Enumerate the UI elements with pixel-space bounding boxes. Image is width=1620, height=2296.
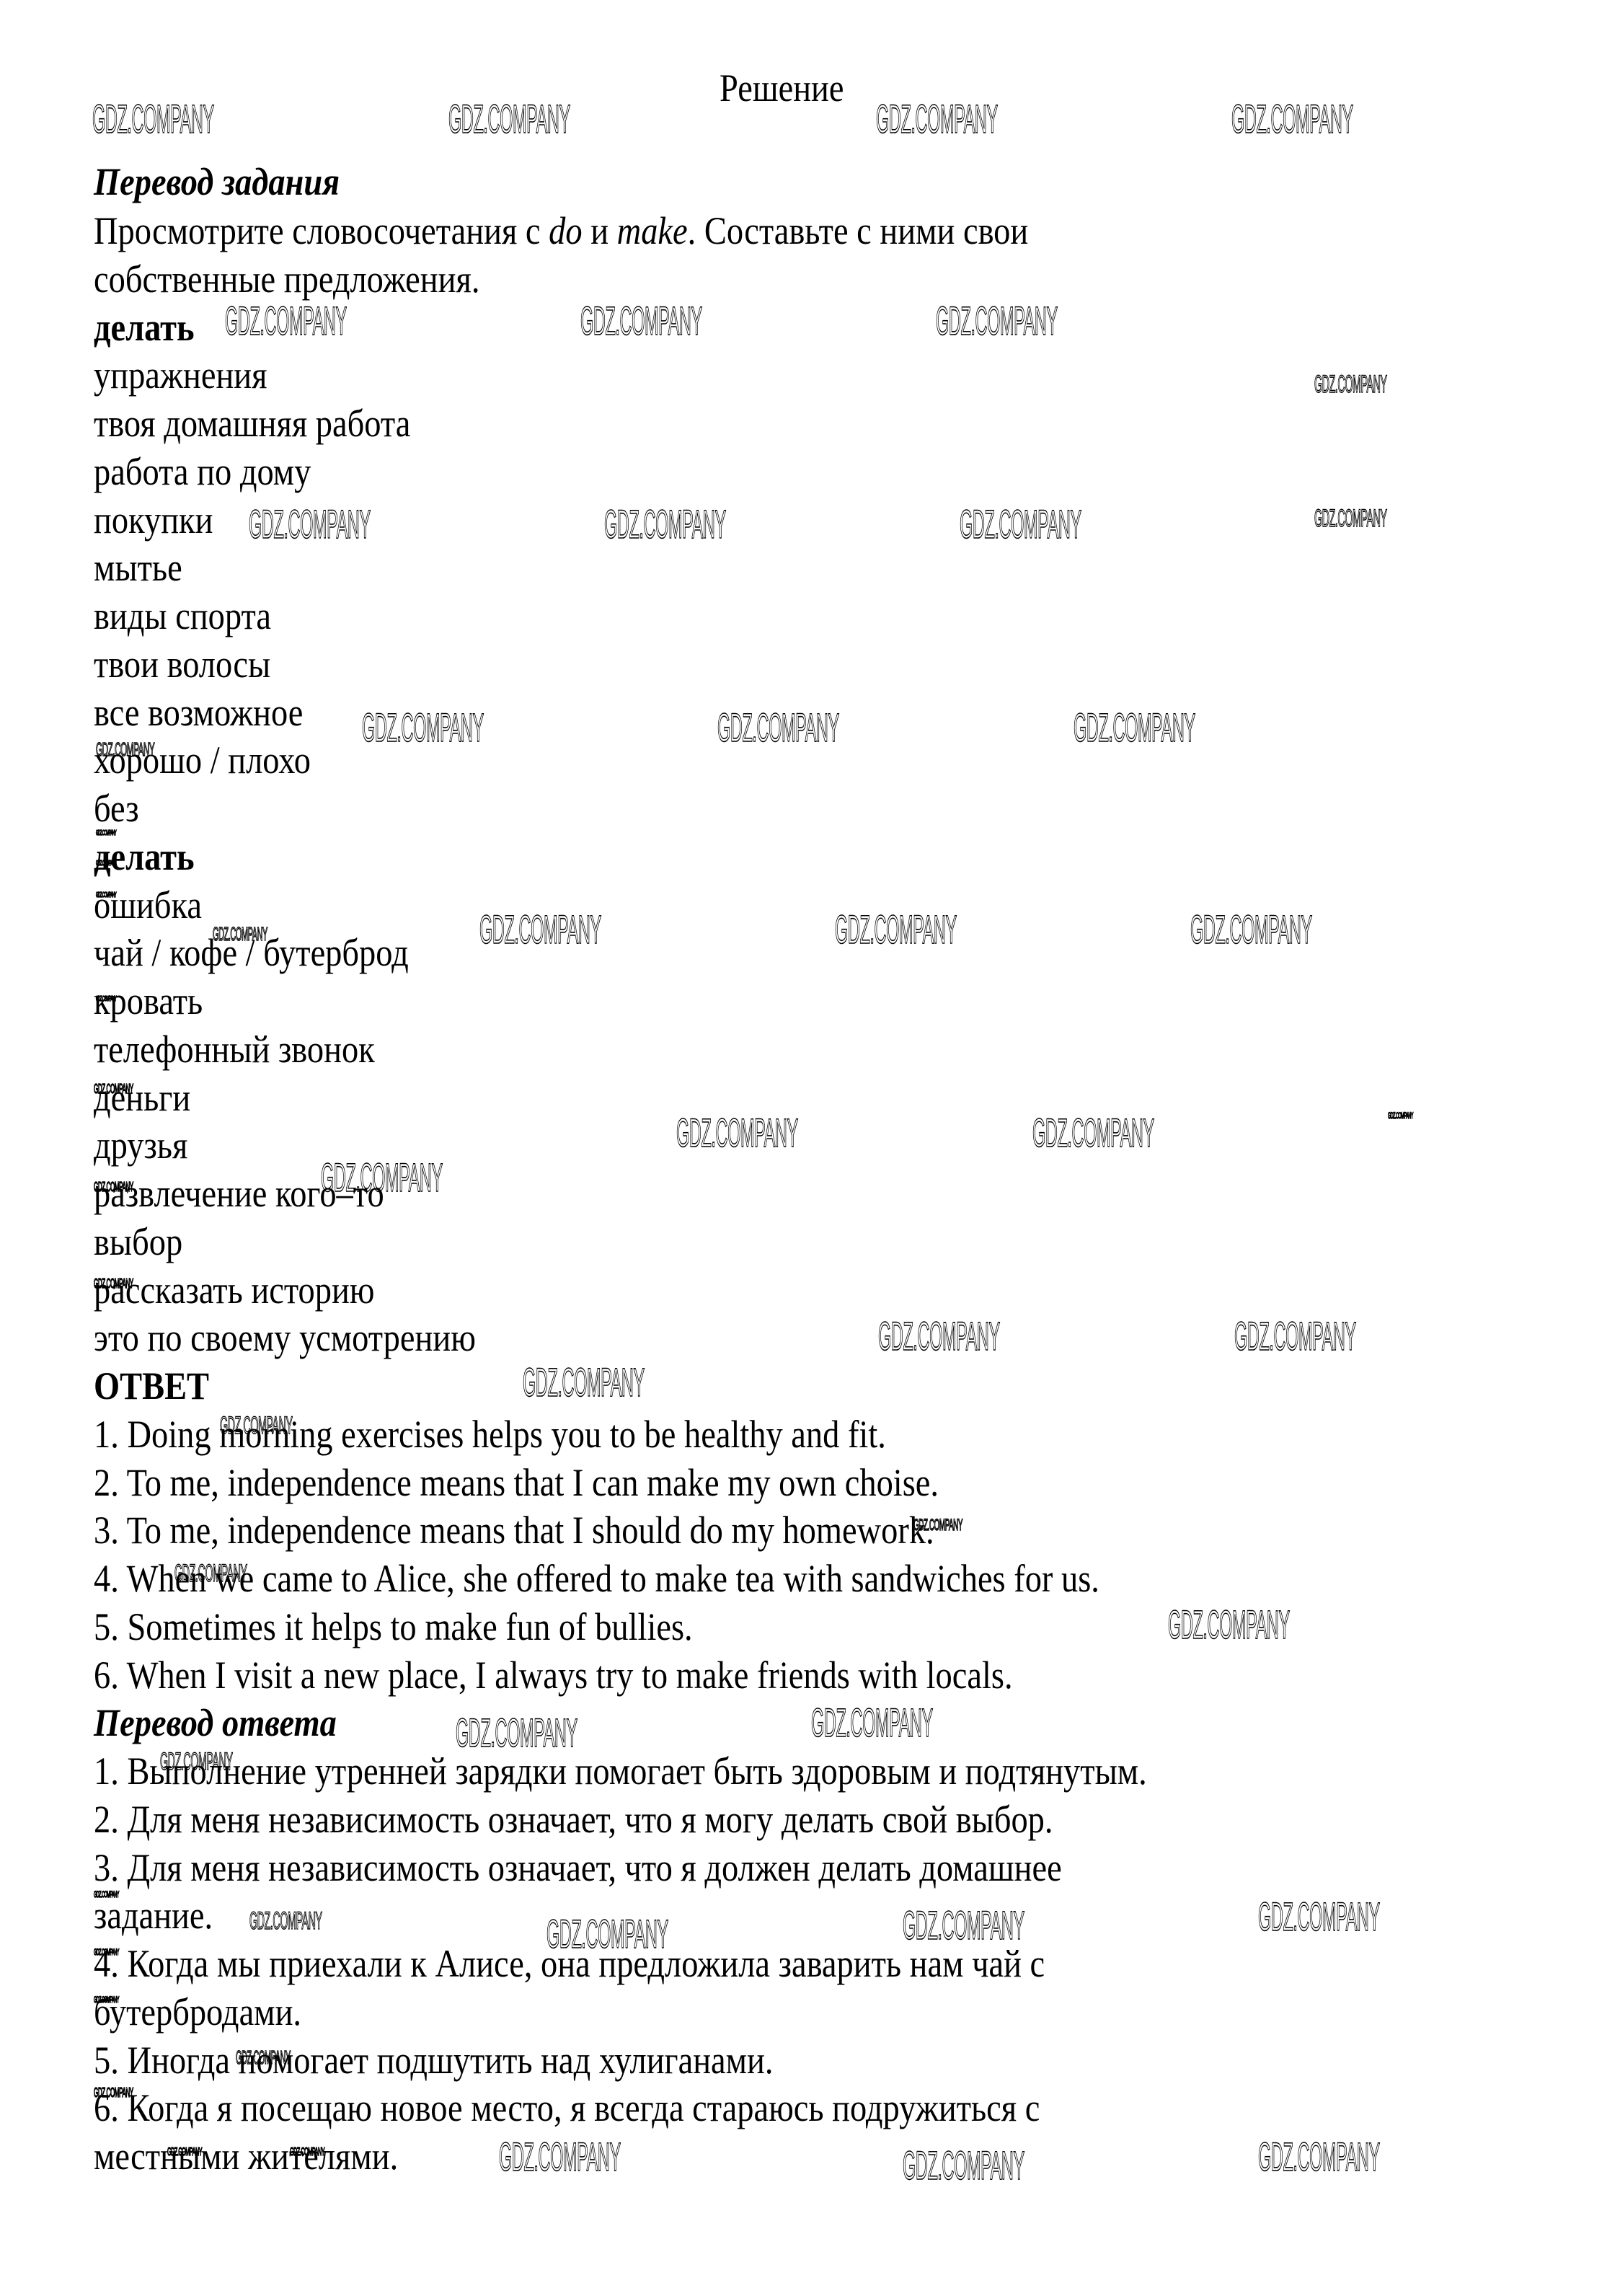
watermark: GDZ.COMPANY bbox=[913, 1516, 962, 1535]
answer-line: 2. To me, independence means that I can … bbox=[94, 1461, 939, 1504]
watermark: GDZ.COMPANY bbox=[903, 1902, 1024, 1948]
watermark: GDZ.COMPANY bbox=[903, 2142, 1024, 2189]
watermark: GDZ.COMPANY bbox=[96, 738, 154, 761]
answer-translation-line: 1. Выполнение утренней зарядки помогает … bbox=[94, 1749, 1147, 1793]
watermark: GDZ.COMPANY bbox=[523, 1359, 645, 1405]
watermark: GDZ.COMPANY bbox=[876, 95, 998, 142]
watermark: GDZ.COMPANY bbox=[1168, 1601, 1290, 1648]
watermark: GDZ.COMPANY bbox=[479, 906, 601, 953]
watermark: GDZ.COMPANY bbox=[220, 1412, 293, 1440]
answer-heading: ОТВЕТ bbox=[94, 1364, 209, 1408]
answer-translation-line: 5. Иногда помогает подшутить над хулиган… bbox=[94, 2039, 774, 2082]
make-item: телефонный звонок bbox=[94, 1028, 375, 1071]
watermark: GDZ.COMPANY bbox=[717, 704, 839, 751]
watermark: GDZ.COMPANY bbox=[94, 1947, 119, 1957]
document-page: Решение Перевод задания Просмотрите слов… bbox=[0, 0, 1620, 2296]
do-item: виды спорта bbox=[94, 594, 271, 637]
task-text-make: make bbox=[617, 209, 688, 252]
task-translation-heading: Перевод задания bbox=[94, 160, 340, 203]
watermark: GDZ.COMPANY bbox=[94, 1889, 119, 1899]
watermark: GDZ.COMPANY bbox=[811, 1699, 933, 1746]
answer-line: 1. Doing morning exercises helps you to … bbox=[94, 1413, 886, 1456]
watermark: GDZ.COMPANY bbox=[94, 1276, 133, 1291]
do-item: упражнения bbox=[94, 353, 267, 397]
watermark: GDZ.COMPANY bbox=[1190, 906, 1312, 953]
make-item: выбор bbox=[94, 1220, 182, 1263]
task-text-line-2: собственные предложения. bbox=[94, 257, 479, 301]
watermark: GDZ.COMPANY bbox=[835, 906, 957, 953]
do-item: работа по дому bbox=[94, 450, 311, 493]
watermark: GDZ.COMPANY bbox=[167, 2146, 202, 2159]
watermark: GDZ.COMPANY bbox=[92, 95, 214, 142]
watermark: GDZ.COMPANY bbox=[456, 1709, 577, 1756]
watermark: GDZ.COMPANY bbox=[1388, 1111, 1413, 1121]
task-text-do: do bbox=[549, 209, 582, 252]
make-item: это по своему усмотрению bbox=[94, 1316, 476, 1359]
task-text-part: Просмотрите словосочетания с bbox=[94, 209, 549, 252]
watermark: GDZ.COMPANY bbox=[1258, 2133, 1380, 2180]
answer-translation-line: 2. Для меня независимость означает, что … bbox=[94, 1798, 1053, 1841]
watermark: GDZ.COMPANY bbox=[1258, 1893, 1380, 1940]
watermark: GDZ.COMPANY bbox=[604, 500, 726, 547]
watermark: GDZ.COMPANY bbox=[96, 860, 116, 867]
watermark: GDZ.COMPANY bbox=[448, 95, 570, 142]
watermark: GDZ.COMPANY bbox=[249, 500, 371, 547]
answer-translation-line: бутербродами. bbox=[94, 1990, 301, 2034]
watermark: GDZ.COMPANY bbox=[1314, 371, 1387, 399]
answer-line: 6. When I visit a new place, I always tr… bbox=[94, 1653, 1013, 1697]
do-item: покупки bbox=[94, 498, 213, 542]
watermark: GDZ.COMPANY bbox=[96, 829, 116, 837]
watermark: GDZ.COMPANY bbox=[580, 297, 702, 344]
do-heading: делать bbox=[94, 306, 195, 349]
task-text-part: . Составьте с ними свои bbox=[688, 209, 1029, 252]
answer-translation-line: местными жителями. bbox=[94, 2134, 398, 2178]
watermark: GDZ.COMPANY bbox=[94, 1995, 119, 2005]
watermark: GDZ.COMPANY bbox=[213, 923, 267, 945]
watermark: GDZ.COMPANY bbox=[960, 500, 1081, 547]
watermark: GDZ.COMPANY bbox=[249, 1907, 322, 1935]
watermark: GDZ.COMPANY bbox=[936, 297, 1058, 344]
watermark: GDZ.COMPANY bbox=[160, 1748, 233, 1776]
watermark: GDZ.COMPANY bbox=[1314, 505, 1387, 533]
watermark: GDZ.COMPANY bbox=[499, 2133, 621, 2180]
make-item: друзья bbox=[94, 1123, 187, 1167]
watermark: GDZ.COMPANY bbox=[96, 891, 116, 899]
watermark: GDZ.COMPANY bbox=[225, 297, 347, 344]
watermark: GDZ.COMPANY bbox=[236, 2046, 291, 2069]
task-text-part: и bbox=[583, 209, 617, 252]
watermark: GDZ.COMPANY bbox=[878, 1312, 1000, 1359]
make-item: рассказать историю bbox=[94, 1268, 375, 1312]
do-item: без bbox=[94, 787, 139, 830]
watermark: GDZ.COMPANY bbox=[546, 1910, 668, 1957]
do-item: твои волосы bbox=[94, 643, 270, 686]
answer-translation-line: 3. Для меня независимость означает, что … bbox=[94, 1846, 1062, 1889]
answer-translation-heading: Перевод ответа bbox=[94, 1701, 337, 1744]
watermark: GDZ.COMPANY bbox=[1032, 1109, 1154, 1156]
watermark: GDZ.COMPANY bbox=[94, 1180, 133, 1195]
answer-translation-line: 6. Когда я посещаю новое место, я всегда… bbox=[94, 2086, 1040, 2129]
make-heading: делать bbox=[94, 835, 195, 878]
do-item: все возможное bbox=[94, 691, 303, 734]
watermark: GDZ.COMPANY bbox=[1074, 704, 1195, 751]
watermark: GDZ.COMPANY bbox=[94, 1082, 133, 1097]
watermark: GDZ.COMPANY bbox=[1234, 1312, 1356, 1359]
watermark: GDZ.COMPANY bbox=[321, 1154, 443, 1201]
answer-line: 5. Sometimes it helps to make fun of bul… bbox=[94, 1605, 693, 1648]
page-title: Решение bbox=[720, 66, 844, 110]
do-item: мытье bbox=[94, 546, 182, 589]
watermark: GDZ.COMPANY bbox=[362, 704, 484, 751]
answer-translation-line: задание. bbox=[94, 1894, 213, 1937]
watermark: GDZ.COMPANY bbox=[94, 2085, 133, 2101]
watermark: GDZ.COMPANY bbox=[174, 1560, 247, 1588]
answer-line: 3. To me, independence means that I shou… bbox=[94, 1509, 934, 1552]
watermark: GDZ.COMPANY bbox=[676, 1109, 798, 1156]
watermark: GDZ.COMPANY bbox=[96, 995, 116, 1003]
watermark: GDZ.COMPANY bbox=[1231, 95, 1353, 142]
task-text-line-1: Просмотрите словосочетания с do и make. … bbox=[94, 209, 1028, 252]
do-item: твоя домашняя работа bbox=[94, 402, 410, 445]
watermark: GDZ.COMPANY bbox=[290, 2146, 324, 2159]
make-item: ошибка bbox=[94, 883, 202, 927]
